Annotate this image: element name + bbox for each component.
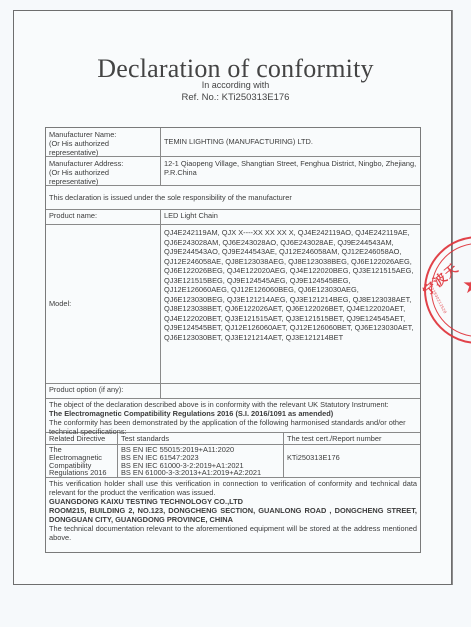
related-directive: The Electromagnetic Compatibility Regula… xyxy=(46,445,118,477)
product-option-value xyxy=(161,384,420,398)
label-line-2: (Or His authorized representative) xyxy=(49,139,157,157)
verification-holder-note: This verification holder shall use this … xyxy=(49,479,417,497)
star-icon: ★ xyxy=(462,274,471,298)
declaration-table: Manufacturer Name: (Or His authorized re… xyxy=(45,127,421,553)
conformity-row: The object of the declaration described … xyxy=(46,398,420,432)
header-related-directive: Related Directive xyxy=(46,433,118,444)
report-number: KTi250313E176 xyxy=(284,445,420,477)
model-list: QJ4E242119AM, QJX X----XX XX XX X, QJ4E2… xyxy=(161,225,420,383)
product-name-row: Product name: LED Light Chain xyxy=(46,209,420,224)
label-line-1: Manufacturer Name: xyxy=(49,130,157,139)
product-option-label: Product option (if any): xyxy=(46,384,161,398)
document-subtitle: In according with xyxy=(0,80,471,90)
product-option-row: Product option (if any): xyxy=(46,383,420,398)
label-line-1: Manufacturer Address: xyxy=(49,159,157,168)
manufacturer-address-label: Manufacturer Address: (Or His authorized… xyxy=(46,157,161,185)
product-name-label: Product name: xyxy=(46,210,161,224)
model-row: Model: QJ4E242119AM, QJX X----XX XX XX X… xyxy=(46,224,420,383)
manufacturer-name-label: Manufacturer Name: (Or His authorized re… xyxy=(46,128,161,156)
test-standards-list: BS EN IEC 55015:2019+A11:2020 BS EN IEC … xyxy=(118,445,284,477)
reference-number: Ref. No.: KTi250313E176 xyxy=(0,92,471,103)
manufacturer-name-value: TEMIN LIGHTING (MANUFACTURING) LTD. xyxy=(161,128,420,156)
responsibility-row: This declaration is issued under the sol… xyxy=(46,185,420,209)
manufacturer-address-row: Manufacturer Address: (Or His authorized… xyxy=(46,156,420,185)
model-label: Model: xyxy=(46,225,161,383)
standards-row: The Electromagnetic Compatibility Regula… xyxy=(46,444,420,477)
manufacturer-name-row: Manufacturer Name: (Or His authorized re… xyxy=(46,128,420,156)
standard-item: BS EN 61000-3-3:2013+A1:2019+A2:2021 xyxy=(121,469,280,477)
testing-lab-address: ROOM215, BUILDING 2, NO.123, DONGCHENG S… xyxy=(49,506,417,524)
header-report-number: The test cert./Report number xyxy=(284,433,420,444)
responsibility-statement: This declaration is issued under the sol… xyxy=(46,191,295,204)
product-name-value: LED Light Chain xyxy=(161,210,420,224)
testing-lab-name: GUANGDONG KAIXU TESTING TECHNOLOGY CO.,L… xyxy=(49,497,417,506)
header-test-standards: Test standards xyxy=(118,433,284,444)
conformity-intro: The object of the declaration described … xyxy=(49,400,417,409)
documentation-storage-note: The technical documentation relevant to … xyxy=(49,524,417,542)
manufacturer-address-value: 12-1 Qiaopeng Village, Shangtian Street,… xyxy=(161,157,420,185)
standards-header-row: Related Directive Test standards The tes… xyxy=(46,432,420,444)
label-line-2: (Or His authorized representative) xyxy=(49,168,157,186)
verification-row: This verification holder shall use this … xyxy=(46,477,420,552)
regulation-title: The Electromagnetic Compatibility Regula… xyxy=(49,409,417,418)
